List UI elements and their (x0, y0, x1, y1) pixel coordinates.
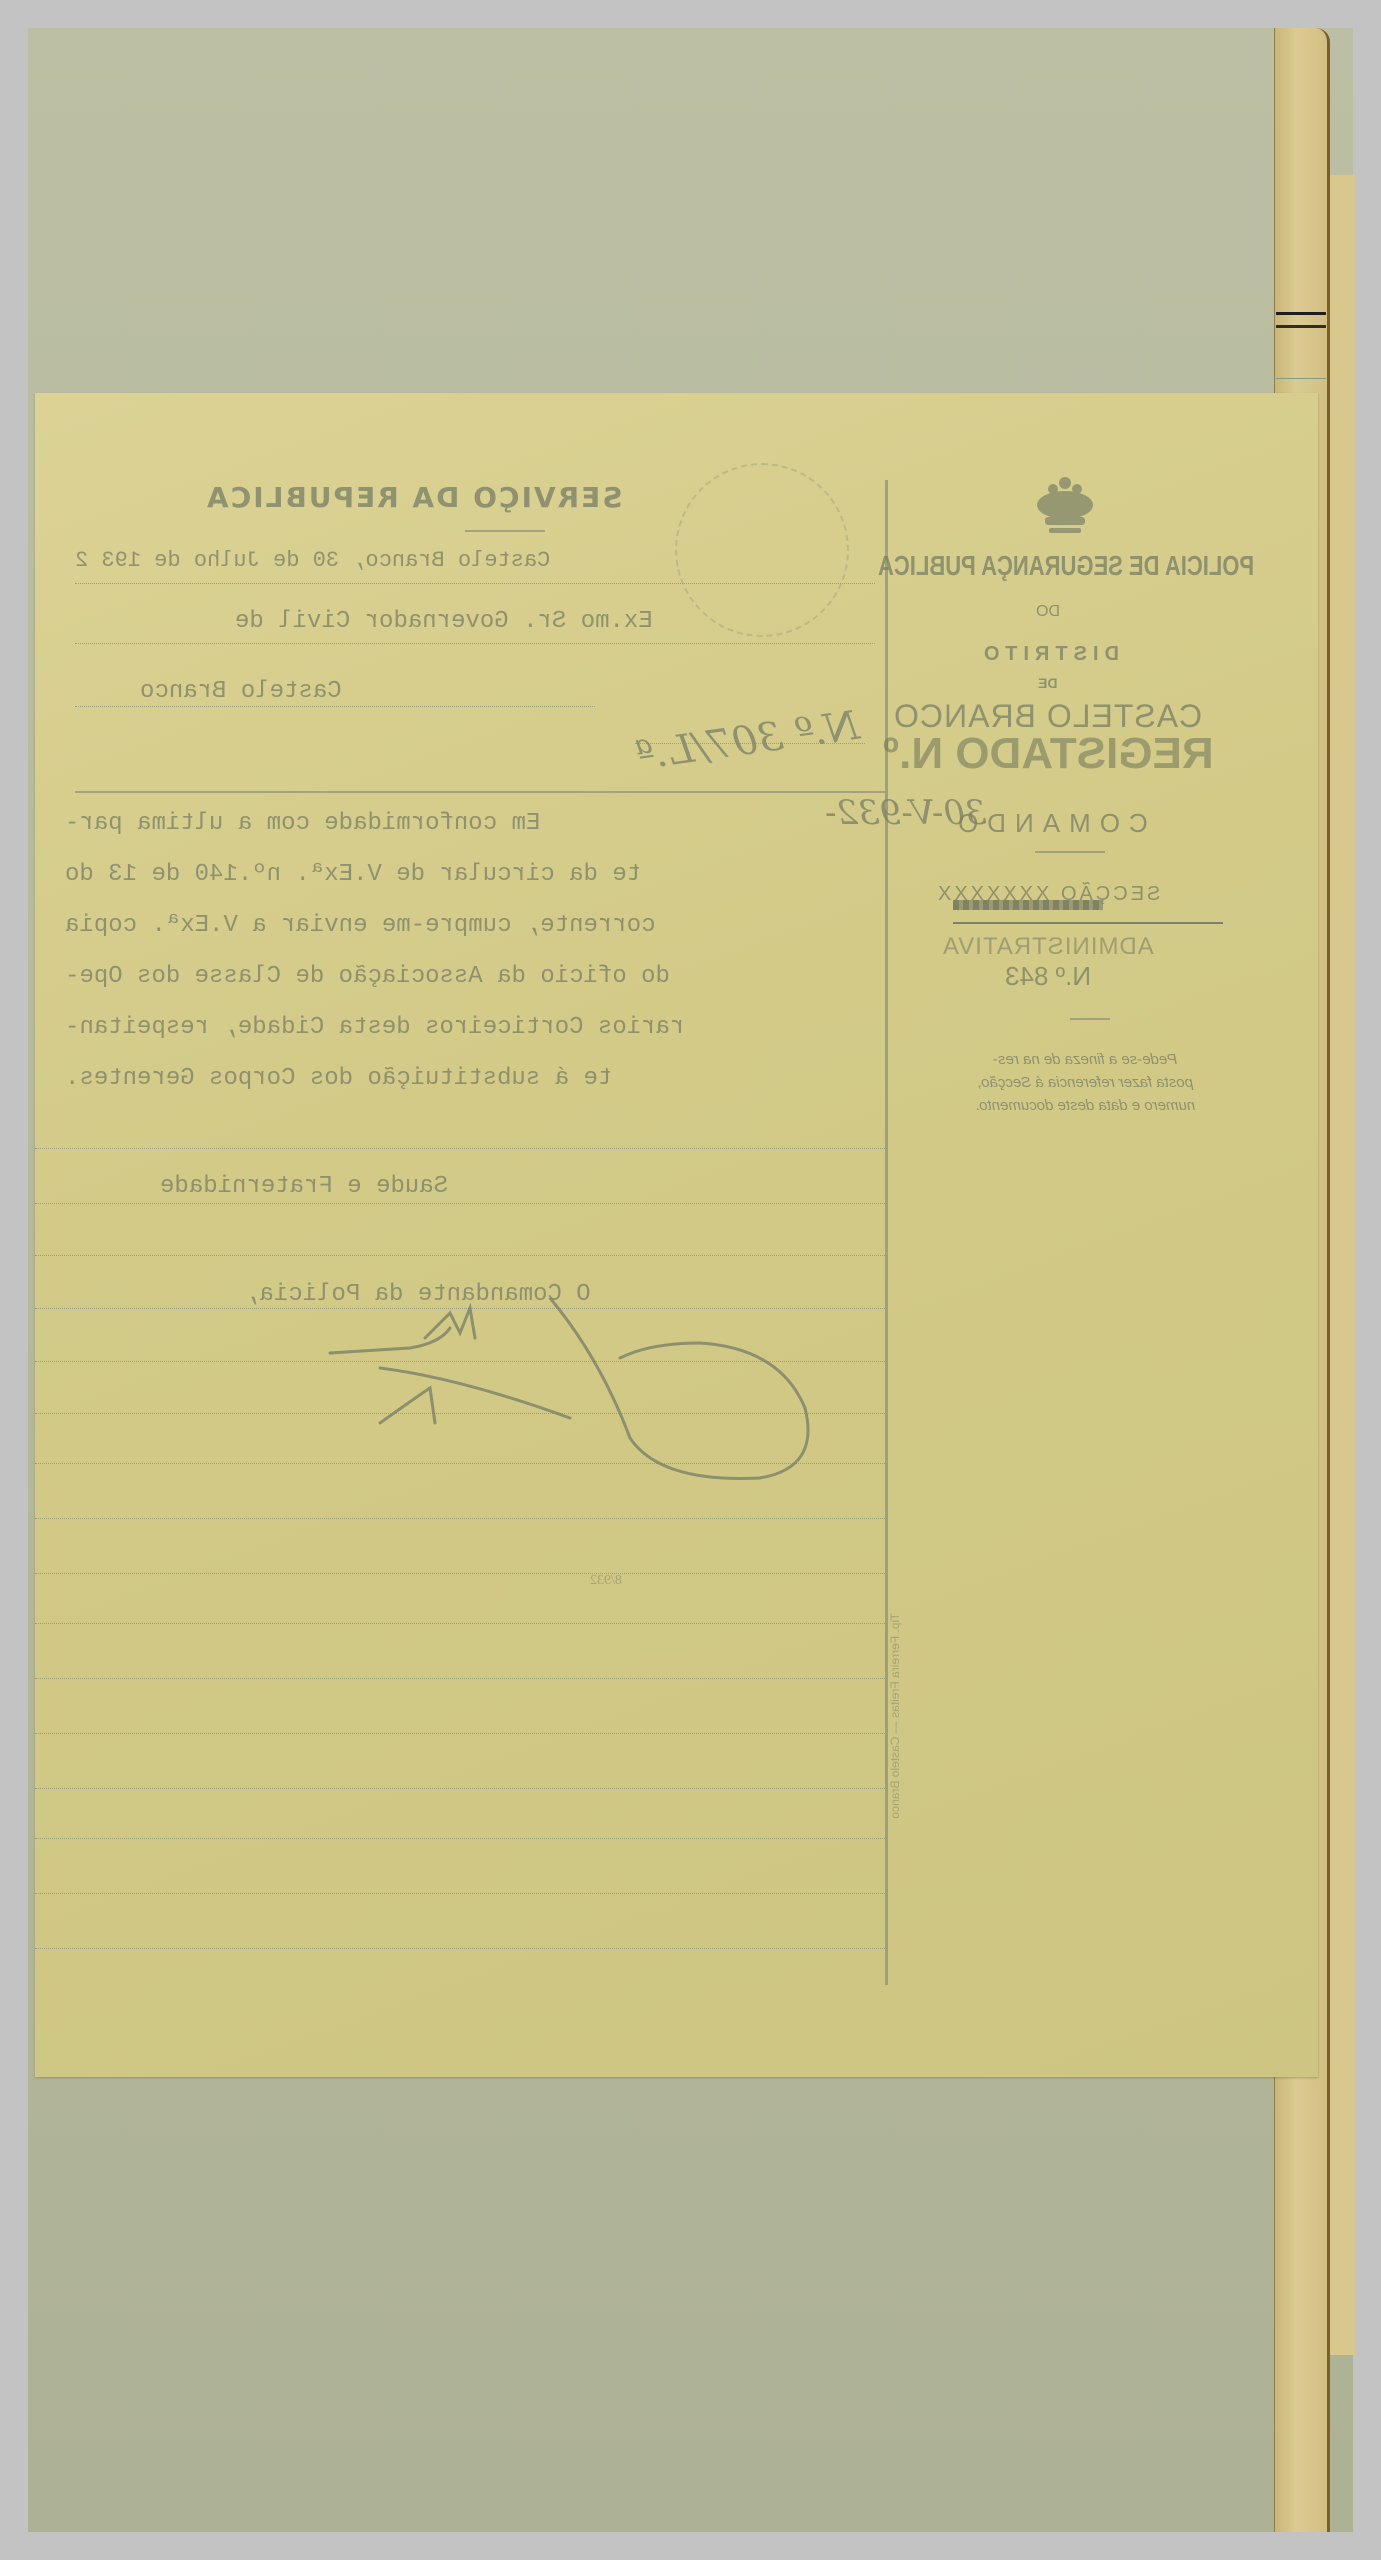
service-title-rule (465, 530, 545, 532)
addressee-city: Castelo Branco (140, 678, 342, 705)
body-line: Em conformidade com a ultima par- (65, 798, 540, 849)
letter-date: Castelo Branco, 30 de Julho de 193 2 (75, 548, 550, 573)
body-line: te da circular de V.Exª. nº.140 de 13 do (65, 849, 641, 900)
closing-text: Saude e Fraternidade (160, 1173, 448, 1200)
seccao-underline (953, 922, 1223, 924)
reference-number-handwritten: N.º 307/L.ª (633, 703, 862, 780)
comando-rule (1035, 851, 1105, 853)
letterhead-title: POLICIA DE SEGURANÇA PUBLICA (878, 550, 1218, 583)
letterhead-administrativa-text: ADMINISTRATIVA (942, 933, 1154, 961)
closing-salutation: Saude e Fraternidade (160, 1173, 448, 1200)
letterhead-do: DO (878, 603, 1218, 621)
ruled-line (35, 1255, 885, 1256)
ruled-line (35, 1623, 885, 1624)
registered-overstamp: REGISTADO N.º (878, 728, 1218, 779)
note-line: posta fazer referencia á Secção, (977, 1071, 1193, 1094)
ruled-line (35, 1788, 885, 1789)
letterhead-de-text: DE (1038, 675, 1057, 691)
letterhead-administrativa: ADMINISTRATIVA (878, 933, 1218, 961)
seccao-strikeout (953, 900, 1103, 910)
note-line: Pede-se a fineza de na res- (993, 1048, 1177, 1071)
registered-overstamp-text: REGISTADO N.º (883, 729, 1214, 779)
ruled-line (35, 1893, 885, 1894)
document-number: N.º 843 (878, 961, 1218, 992)
footer-mark-text: 8/932 (590, 1573, 622, 1589)
ruled-line (35, 1678, 885, 1679)
handwritten-signature-icon (300, 1298, 900, 1488)
ruled-line (35, 1518, 885, 1519)
reply-instruction-note: Pede-se a fineza de na res- posta fazer … (895, 1048, 1275, 1117)
ruled-line (35, 1948, 885, 1949)
letter-date-text: Castelo Branco, 30 de Julho de 193 2 (75, 548, 550, 573)
note-line: numero e data deste documento. (975, 1094, 1195, 1117)
addressee-city-text: Castelo Branco (140, 678, 342, 705)
letter-sheet: SERVIÇO DA REPUBLICA Castelo Branco, 30 … (35, 393, 1318, 2077)
circular-stamp-icon (675, 463, 849, 637)
body-line: rarios Corticeiros desta Cidade, respeit… (65, 1002, 684, 1053)
letterhead-title-text: POLICIA DE SEGURANÇA PUBLICA (878, 550, 1254, 583)
service-title: SERVIÇO DA REPUBLICA (205, 481, 622, 514)
letterhead-distrito-text: DISTRITO (978, 643, 1119, 666)
document-number-text: N.º 843 (1005, 961, 1091, 992)
addressee-text: Ex.mo Sr. Governador Civil de (235, 608, 653, 635)
ruled-line (35, 1838, 885, 1839)
ruled-line (35, 1573, 885, 1574)
folder-thin-rule (1276, 378, 1326, 379)
letterhead-de: DE (878, 675, 1218, 693)
letterhead-comando: COMANDO (878, 808, 1218, 839)
footer-mark: 8/932 (590, 1573, 622, 1589)
letterhead-distrito: DISTRITO (878, 643, 1218, 666)
ruled-line (35, 1203, 885, 1204)
addressee: Ex.mo Sr. Governador Civil de (235, 608, 653, 635)
ruled-line (35, 1733, 885, 1734)
service-title-text: SERVIÇO DA REPUBLICA (205, 481, 622, 514)
ruled-line (75, 643, 875, 644)
letter-body: Em conformidade com a ultima par- te da … (65, 798, 905, 1104)
coat-of-arms-icon (1025, 473, 1105, 539)
note-rule (1070, 1018, 1110, 1020)
ruled-line (75, 706, 595, 707)
letterhead-do-text: DO (1036, 603, 1060, 621)
body-line: corrente, cumpre-me enviar a V.Exª. copi… (65, 900, 656, 951)
header-separator (75, 791, 885, 793)
body-line: do oficio da Associação de Classe dos Op… (65, 951, 670, 1002)
ruled-line (35, 1148, 885, 1149)
folder-double-rule (1276, 312, 1326, 328)
letterhead-comando-text: COMANDO (949, 808, 1148, 839)
body-line: te á substituição dos Corpos Gerentes. (65, 1053, 612, 1104)
